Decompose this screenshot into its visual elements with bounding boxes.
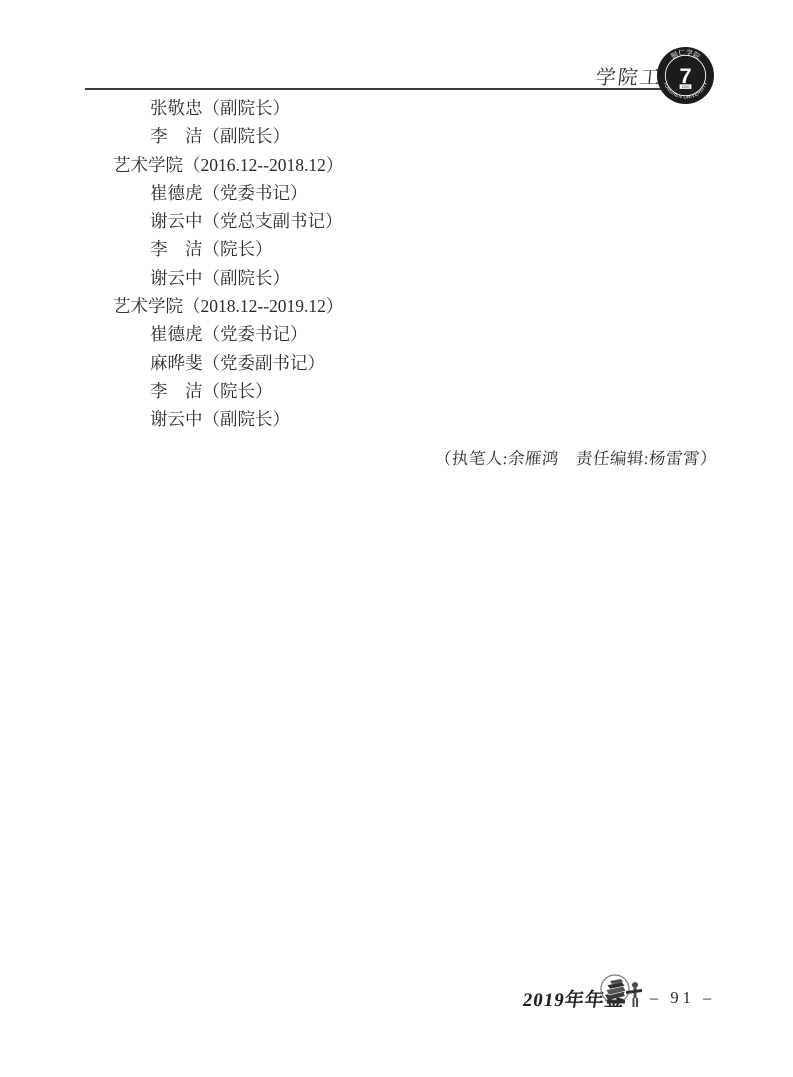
roster-entry: 张敬忠（副院长） (0, 94, 793, 122)
yearbook-emblem-icon (598, 973, 646, 1015)
leadership-roster: 张敬忠（副院长） 李 洁（副院长） 艺术学院（2016.12--2018.12）… (0, 94, 793, 434)
roster-entry: 李 洁（院长） (0, 377, 793, 405)
roster-entry: 谢云中（副院长） (0, 405, 793, 433)
byline: （执笔人:余雁鸿 责任编辑:杨雷霄） (434, 445, 718, 469)
roster-entry: 麻晔斐（党委副书记） (0, 349, 793, 377)
roster-entry: 李 洁（副院长） (0, 122, 793, 150)
header-rule (85, 88, 669, 90)
roster-section-heading: 艺术学院（2016.12--2018.12） (0, 151, 793, 179)
roster-entry: 谢云中（副院长） (0, 264, 793, 292)
roster-section-heading: 艺术学院（2018.12--2019.12） (0, 292, 793, 320)
svg-text:1920: 1920 (682, 85, 690, 89)
page-number: – 91 – (650, 988, 715, 1008)
roster-entry: 李 洁（院长） (0, 235, 793, 263)
roster-entry: 崔德虎（党委书记） (0, 320, 793, 348)
roster-entry: 谢云中（党总支副书记） (0, 207, 793, 235)
roster-entry: 崔德虎（党委书记） (0, 179, 793, 207)
yearbook-page: 学院工作 铜仁学院 TONGREN UNIVERSITY 7 1920 张敬忠（… (0, 0, 793, 1077)
